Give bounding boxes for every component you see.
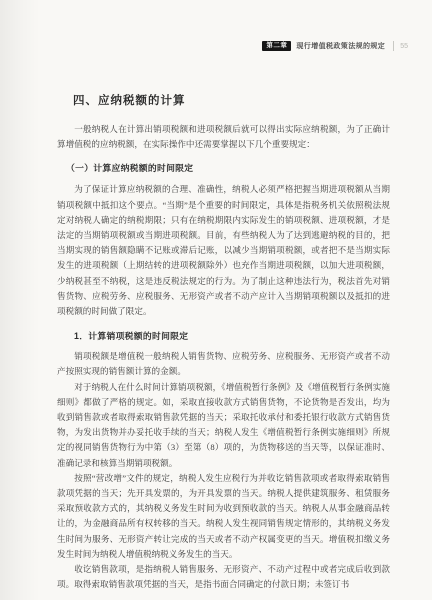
running-header: 第二章 现行增值税政策法规的规定 55 — [262, 40, 408, 52]
main-heading: 四、应纳税额的计算 — [57, 92, 390, 108]
subsection-paragraph-4: 收讫销售款项，是指纳税人销售服务、无形资产、不动产过程中或者完成后收到款项。取得… — [57, 562, 390, 592]
header-divider — [393, 41, 394, 51]
subsection-paragraph-2: 对于纳税人在什么时间计算销项税额，《增值税暂行条例》及《增值税暂行条例实施细则》… — [57, 380, 390, 471]
running-header-title: 现行增值税政策法规的规定 — [296, 41, 385, 51]
section-paragraph: 为了保证计算应纳税额的合理、准确性，纳税人必须严格把握当期进项税额从当期销项税额… — [57, 182, 390, 319]
book-page: 第二章 现行增值税政策法规的规定 55 四、应纳税额的计算 一般纳税人在计算出销… — [0, 0, 432, 600]
subsection-paragraph-1: 销项税额是增值税一般纳税人销售货物、应税劳务、应税服务、无形资产或者不动产按照实… — [57, 349, 390, 379]
page-number: 55 — [400, 43, 408, 50]
subsection-heading: 1．计算销项税额的时间限定 — [57, 329, 390, 342]
intro-paragraph: 一般纳税人在计算出销项税额和进项税额后就可以得出实际应纳税额，为了正确计算增值税… — [57, 122, 390, 152]
page-content: 四、应纳税额的计算 一般纳税人在计算出销项税额和进项税额后就可以得出实际应纳税额… — [57, 92, 390, 592]
subsection-paragraph-3: 按照“营改增”文件的规定，纳税人发生应税行为并收讫销售款项或者取得索取销售款项凭… — [57, 471, 390, 562]
chapter-badge: 第二章 — [262, 41, 291, 51]
section-heading: （一）计算应纳税额的时间限定 — [57, 161, 390, 174]
